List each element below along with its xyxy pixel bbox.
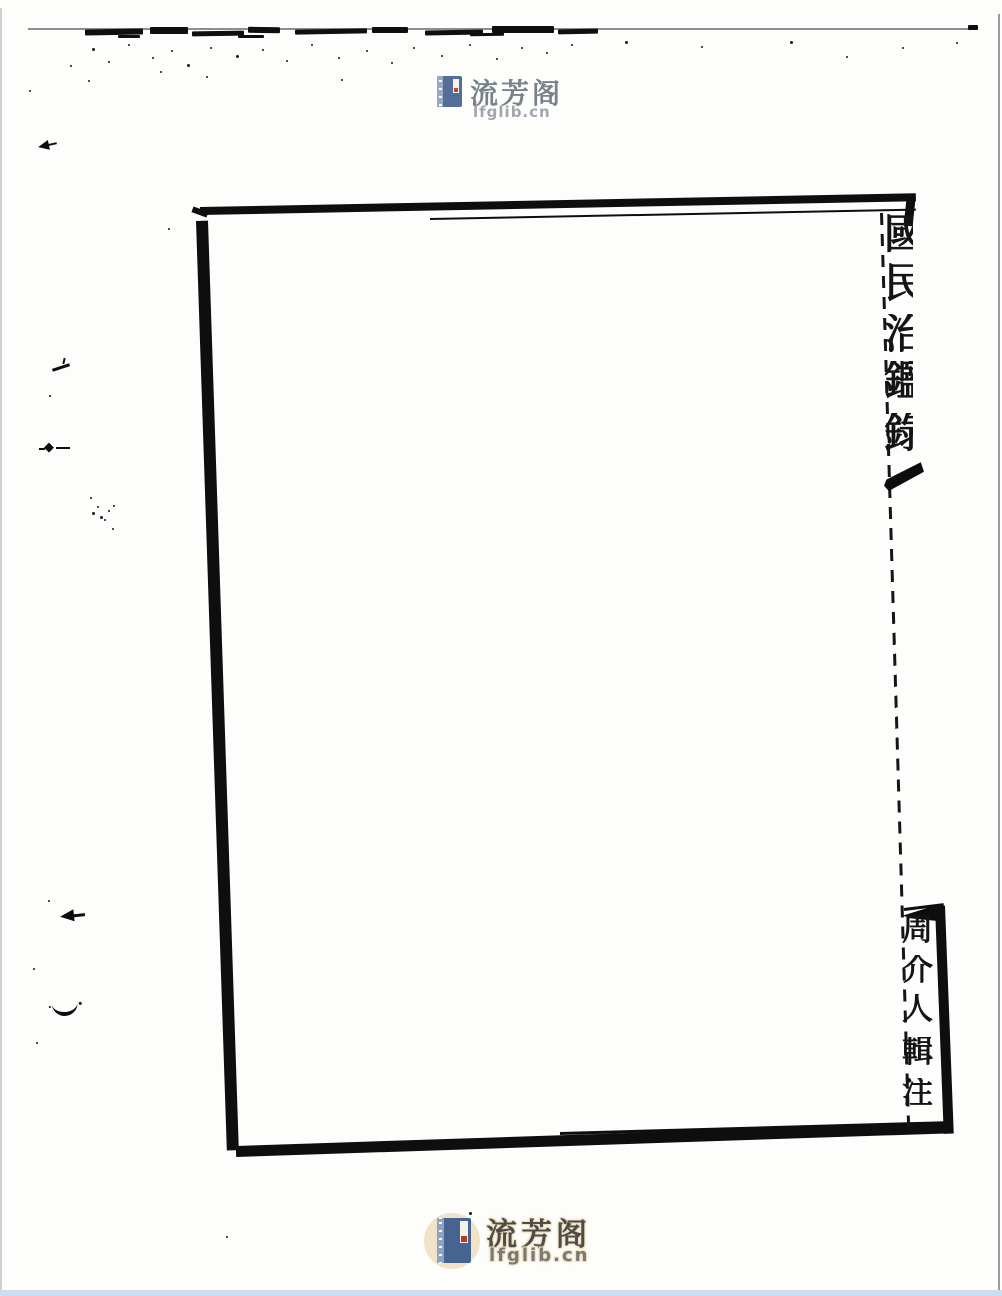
author-char-text: 注 [902, 1078, 933, 1111]
ink-speck [206, 76, 208, 78]
ink-speck [33, 968, 35, 970]
author-char-text: 人 [902, 994, 933, 1027]
ink-speck [88, 80, 90, 82]
frame-top-border-thin [430, 209, 916, 220]
title-character: 國 [884, 214, 913, 260]
title-character: 鑑 [884, 361, 913, 407]
author-character: 人 [902, 994, 938, 1030]
author-character: 介 [902, 955, 938, 991]
ink-speck [128, 44, 130, 46]
ink-speck [571, 44, 573, 46]
book-icon-circle [424, 1213, 480, 1269]
ink-speck [956, 42, 958, 44]
ink-smudge [192, 31, 244, 37]
book-label [460, 1221, 468, 1243]
author-character: 輯 [902, 1037, 938, 1073]
ink-speck [70, 65, 72, 67]
book-seal [461, 1236, 467, 1242]
ink-speck [92, 48, 95, 51]
title-char-text: 錄 [884, 413, 913, 457]
author-char-text: 介 [902, 955, 933, 988]
ink-speck [625, 41, 628, 44]
watermark-top: 流芳阁 lfglib.cn [434, 70, 594, 126]
scan-bottom-strip [0, 1290, 1002, 1296]
ink-smudge [118, 35, 140, 38]
ink-speck [48, 900, 50, 902]
ink-speck [441, 55, 443, 57]
ink-speck [160, 71, 162, 73]
ink-smudge [238, 35, 264, 38]
watermark-bottom: 流芳阁 lfglib.cn [424, 1209, 604, 1273]
book-icon [437, 76, 462, 107]
ink-speck [226, 1236, 228, 1238]
title-char-text: 民 [884, 263, 913, 307]
ink-speck [262, 49, 264, 51]
ink-speck [168, 228, 170, 230]
title-character: 錄 [884, 413, 913, 459]
book-spine [437, 76, 443, 107]
ink-speck [701, 46, 703, 48]
book-icon [437, 1218, 471, 1263]
margin-mark-arrow [37, 140, 50, 152]
scan-right-edge-line [998, 14, 1000, 1292]
ink-speck [108, 61, 110, 63]
ink-speck [187, 64, 190, 67]
ink-smudge [295, 28, 367, 34]
book-label [453, 79, 459, 93]
ink-smudge [248, 27, 280, 34]
ink-speck [152, 57, 154, 59]
title-character: 民 [884, 263, 913, 309]
ink-speck [496, 58, 498, 60]
ink-speck [790, 41, 793, 44]
ink-speck [469, 44, 471, 46]
ink-speck [36, 1042, 38, 1044]
title-char-text: 國 [884, 214, 913, 258]
ink-speck [846, 56, 848, 58]
frame-bottom-border [236, 1122, 950, 1157]
ink-smudge [470, 33, 504, 37]
ink-smudge [150, 27, 188, 34]
author-char-text: 周 [902, 915, 933, 948]
ink-smudge [372, 27, 408, 33]
ink-speck [49, 395, 51, 397]
ink-smudge [558, 29, 598, 35]
book-seal [454, 88, 458, 92]
ink-speck [546, 52, 548, 54]
margin-mark-star: ◆ [44, 441, 54, 454]
ink-speck [521, 47, 523, 49]
frame-left-border [196, 221, 239, 1151]
ink-speck [338, 57, 340, 59]
author-char-text: 輯 [902, 1037, 933, 1070]
watermark-site-url: lfglib.cn [489, 1245, 589, 1266]
ink-speck [902, 47, 904, 49]
margin-mark-bowl [51, 999, 78, 1017]
title-char-text: 治 [884, 314, 913, 358]
ink-speck [236, 55, 239, 58]
ink-speck [29, 90, 31, 92]
scanned-page: ◆ 國 民 治 鑑 錄 [0, 0, 1002, 1296]
ink-speck [311, 44, 313, 46]
title-character: 治 [884, 314, 913, 360]
ink-smudge [968, 25, 978, 30]
author-character: 周 [902, 915, 938, 951]
ink-speck [413, 47, 415, 49]
scan-left-edge-line [0, 8, 2, 1292]
ink-speck [210, 47, 212, 49]
margin-mark-flag [59, 909, 74, 922]
ink-speck [286, 60, 288, 62]
author-character: 注 [902, 1078, 938, 1114]
title-char-text: 鑑 [884, 361, 913, 405]
ink-speck [366, 50, 368, 52]
ink-speck [171, 50, 173, 52]
watermark-site-url: lfglib.cn [473, 103, 551, 121]
ink-speck [391, 62, 393, 64]
book-spine [437, 1218, 444, 1263]
ink-speck [341, 79, 343, 81]
